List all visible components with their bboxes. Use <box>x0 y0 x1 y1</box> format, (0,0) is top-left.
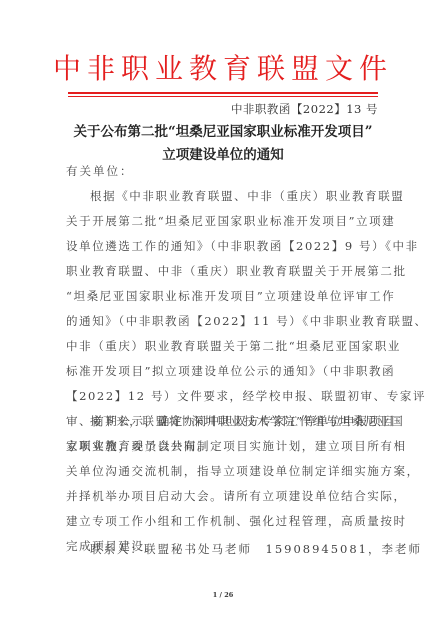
paragraph-2: 接下来，联盟将协同中坦双方专家工作组与坦桑尼亚国 家职业教育委员会共同制定项目实… <box>66 409 386 559</box>
document-number: 中非职教函【2022】13 号 <box>231 101 378 117</box>
text-line: 标准开发项目”拟立项建设单位公示的通知》（中非职教函 <box>66 359 386 384</box>
salutation: 有关单位： <box>66 163 134 179</box>
text-line: 【2022】12 号）文件要求，经学校申报、联盟初审、专家评 <box>66 384 386 409</box>
contact-line: 联系人：联盟秘书处马老师 15908945081，李老师 <box>90 541 422 557</box>
text-line: 职业教育联盟、中非（重庆）职业教育联盟关于开展第二批 <box>66 259 386 284</box>
text-line: 并择机举办项目启动大会。请所有立项建设单位结合实际， <box>66 484 386 509</box>
text-line: 家职业教育委员会共同制定项目实施计划，建立项目所有相 <box>66 434 386 459</box>
notice-title-line2: 立项建设单位的通知 <box>0 143 446 163</box>
text-line: 中非（重庆）职业教育联盟关于第二批“坦桑尼亚国家职业 <box>66 334 386 359</box>
text-line: 根据《中非职业教育联盟、中非（重庆）职业教育联盟 <box>66 184 386 209</box>
letterhead-rule-thin <box>68 96 378 97</box>
text-line: “坦桑尼亚国家职业标准开发项目”立项建设单位评审工作 <box>66 284 386 309</box>
text-line: 设单位遴选工作的通知》（中非职教函【2022】9 号）《中非 <box>66 234 386 259</box>
letterhead-rule-thick <box>68 92 378 94</box>
text-line: 关于开展第二批“坦桑尼亚国家职业标准开发项目”立项建 <box>66 209 386 234</box>
text-line: 建立专项工作小组和工作机制、强化过程管理，高质量按时 <box>66 509 386 534</box>
letterhead-title: 中非职业教育联盟文件 <box>0 52 446 86</box>
page-number: 1 / 26 <box>0 591 446 599</box>
notice-title-line1: 关于公布第二批“坦桑尼亚国家职业标准开发项目” <box>0 120 446 140</box>
text-line: 关单位沟通交流机制，指导立项建设单位制定详细实施方案， <box>66 459 386 484</box>
text-line: 接下来，联盟将协同中坦双方专家工作组与坦桑尼亚国 <box>66 409 386 434</box>
text-line: 的通知》（中非职教函【2022】11 号）《中非职业教育联盟、 <box>66 309 386 334</box>
